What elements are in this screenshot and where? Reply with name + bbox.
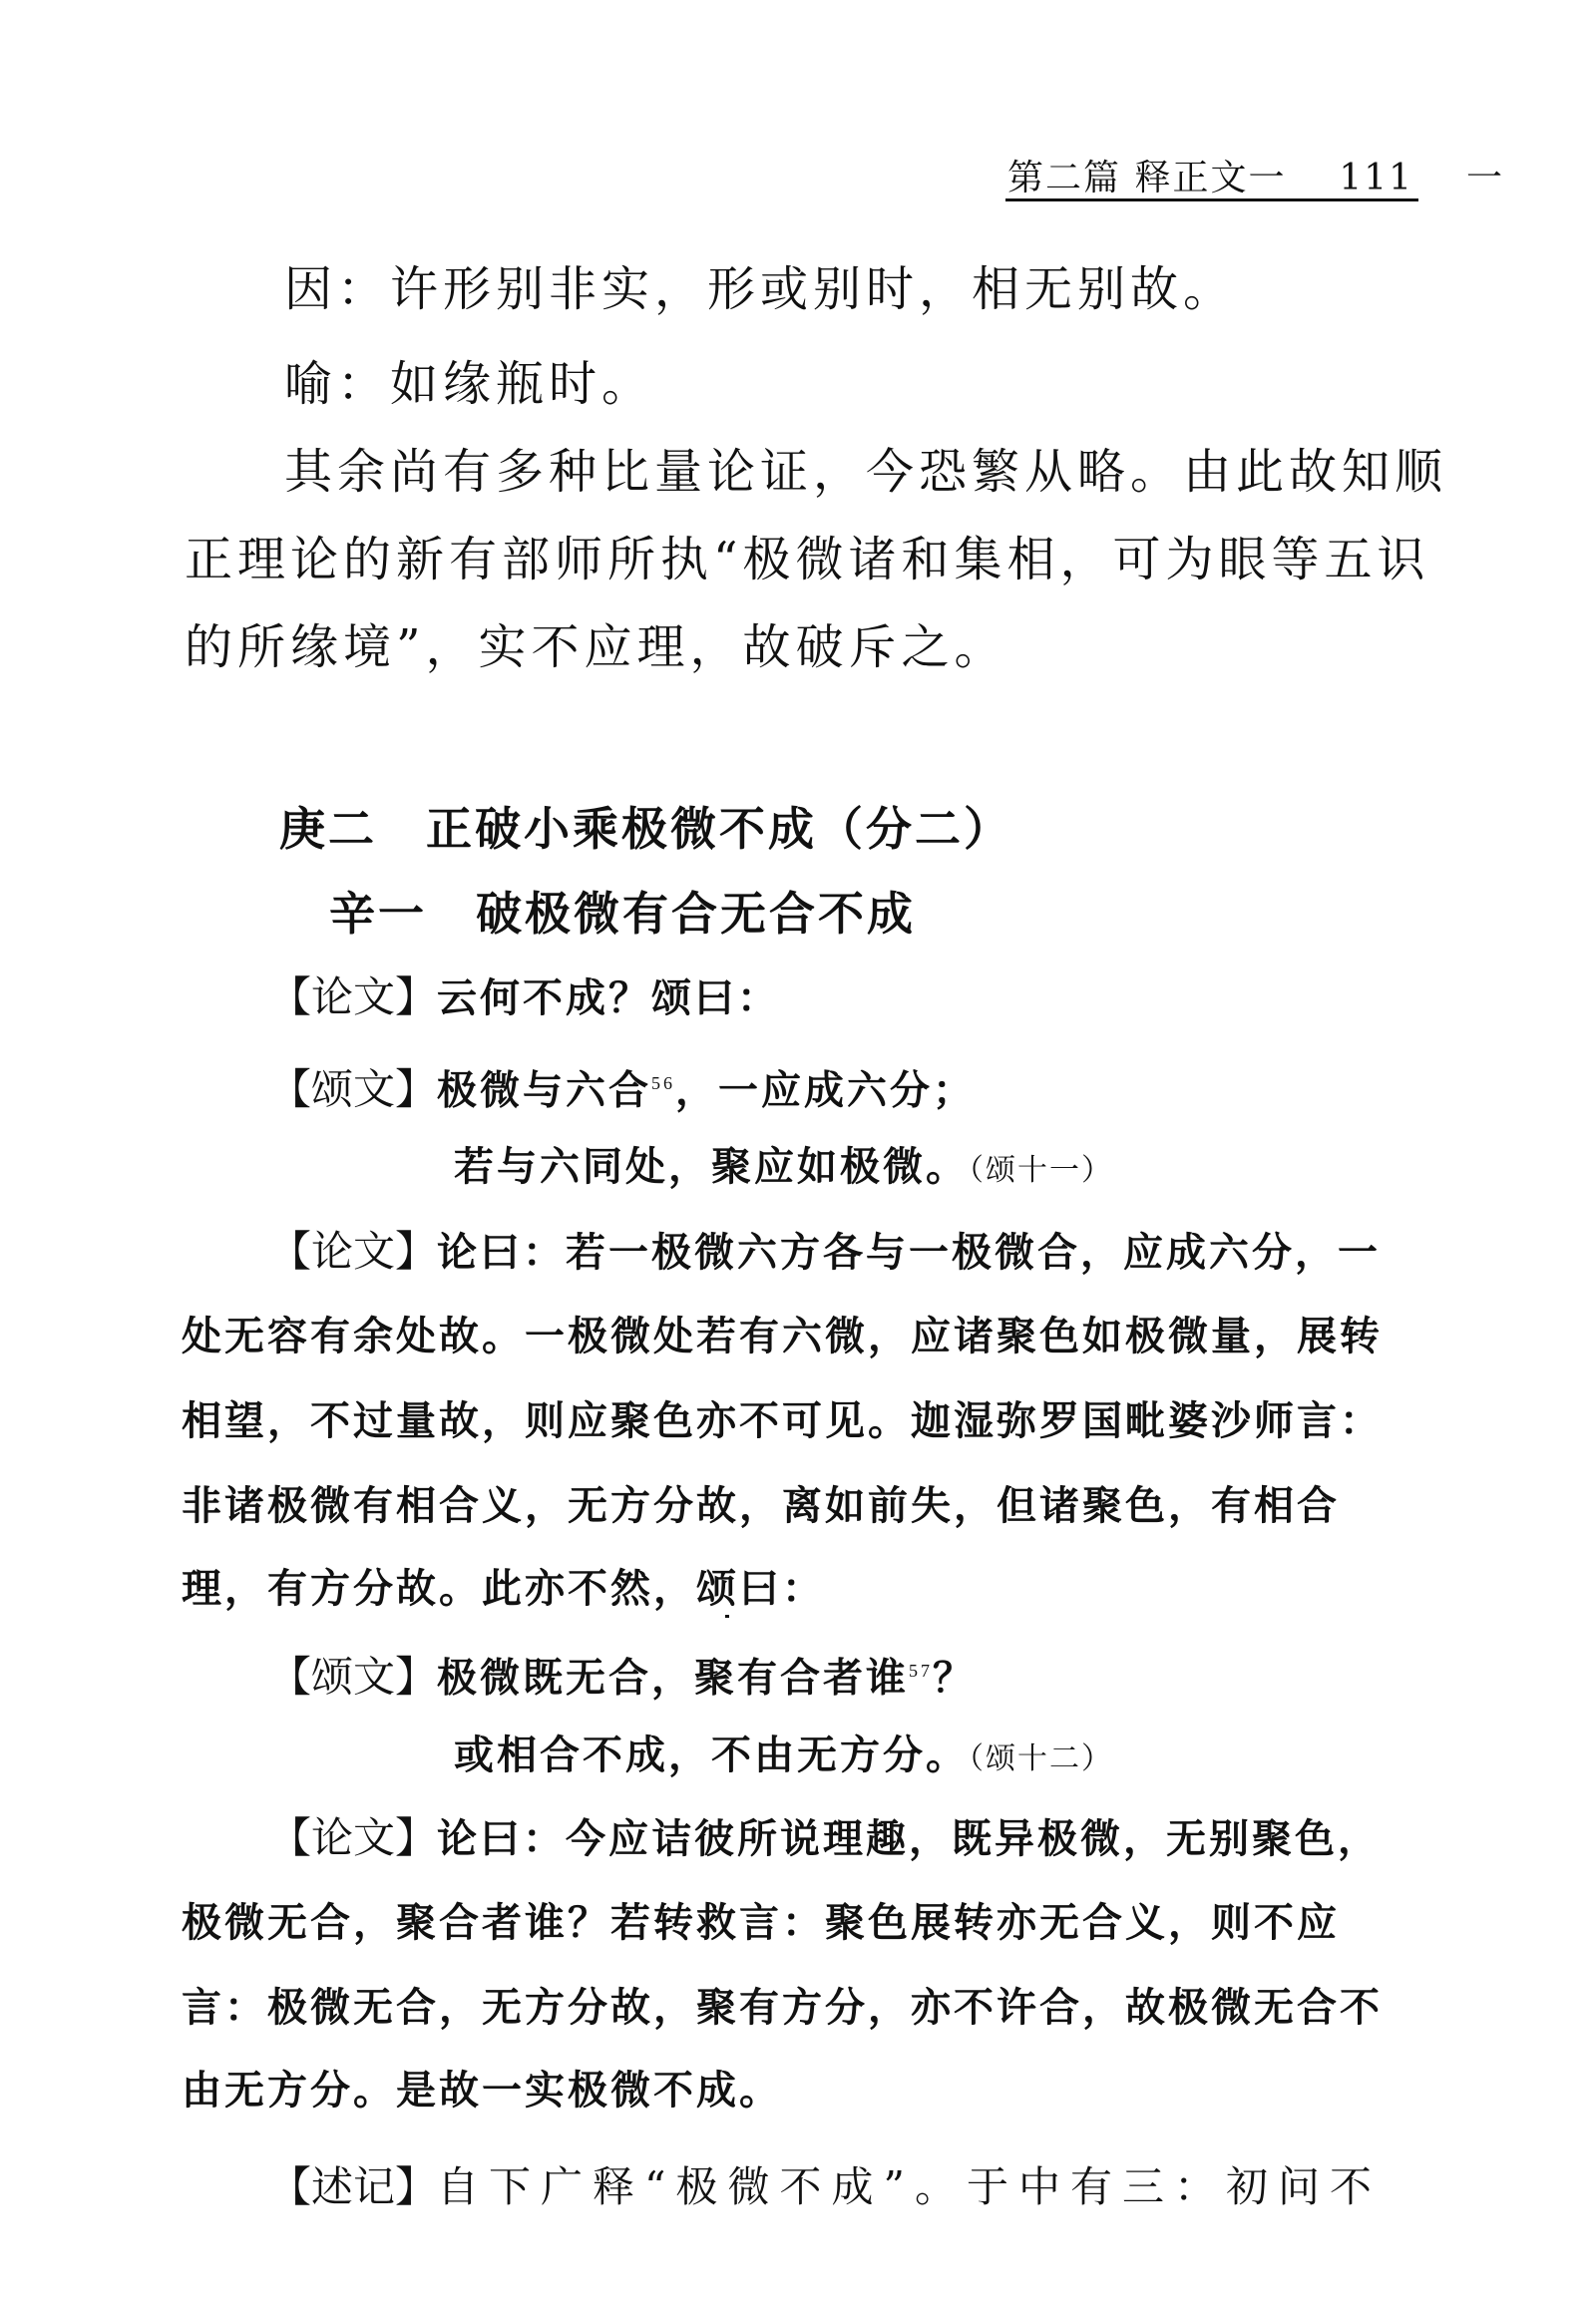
- lunwen-tag: 【论文】: [269, 972, 437, 1021]
- lunwen-line: 相望，不过量故，则应聚色亦不可见。迦湿弥罗国毗婆沙师言：: [182, 1401, 1383, 1441]
- verse-line: 若与六同处，聚应如极微。（颂十一）: [454, 1147, 1113, 1191]
- paragraph-line: 正理论的新有部师所执“极微诸和集相，可为眼等五识: [185, 536, 1430, 583]
- lunwen-block: 【论文】云何不成？颂曰：: [269, 977, 780, 1018]
- lunwen-line: 处无容有余处故。一极微处若有六微，应诸聚色如极微量，展转: [182, 1317, 1383, 1356]
- lunwen-line: 非诸极微有相合义，无方分故，离如前失，但诸聚色，有相合: [182, 1486, 1340, 1526]
- songwen-block: 【颂文】极微既无合，聚有合者谁57？: [269, 1651, 976, 1698]
- lunwen-block: 【论文】论曰：若一极微六方各与一极微合，应成六分，一: [269, 1232, 1381, 1273]
- footnote-marker: 57: [909, 1661, 933, 1681]
- verse-label: （颂十二）: [969, 1741, 1113, 1776]
- lunwen-line: 言：极微无合，无方分故，聚有方分，亦不许合，故极微无合不: [182, 1988, 1383, 2028]
- speck-mark: [725, 1615, 729, 1618]
- header-dash: 一: [1466, 158, 1504, 198]
- songwen-tag: 【颂文】: [269, 1652, 437, 1701]
- example-line: 喻：如缘瓶时。: [284, 360, 654, 408]
- lunwen-tag: 【论文】: [269, 1813, 437, 1862]
- lunwen-text: 论曰：今应诘彼所说理趣，既异极微，无别聚色，: [437, 1816, 1381, 1861]
- verse-text: 若与六同处，聚应如极微。: [454, 1144, 969, 1189]
- verse-text: ？: [933, 1655, 976, 1700]
- songwen-tag: 【颂文】: [269, 1064, 437, 1113]
- lunwen-line: 理，有方分故。此亦不然，颂曰：: [182, 1569, 825, 1609]
- running-title: 第二篇 释正文一: [1007, 158, 1286, 198]
- verse-line: 或相合不成，不由无方分。（颂十二）: [454, 1735, 1113, 1779]
- page-number: 111: [1339, 158, 1413, 198]
- reason-line: 因：许形别非实，形或别时，相无别故。: [284, 265, 1236, 313]
- verse-text: 或相合不成，不由无方分。: [454, 1733, 969, 1777]
- shuji-tag: 【述记】: [269, 2162, 437, 2211]
- lunwen-tag: 【论文】: [269, 1227, 437, 1276]
- section-heading: 庚二 正破小乘极微不成（分二）: [279, 793, 1012, 859]
- running-header: 第二篇 释正文一 111 一: [1007, 150, 1504, 200]
- verse-label: （颂十一）: [969, 1153, 1113, 1188]
- lunwen-line: 极微无合，聚合者谁？若转救言：聚色展转亦无合义，则不应: [182, 1903, 1340, 1943]
- lunwen-text: 论曰：若一极微六方各与一极微合，应成六分，一: [437, 1230, 1381, 1275]
- verse-text: ，一应成六分；: [675, 1067, 976, 1112]
- shuji-block: 【述记】自下广释“极微不成”。于中有三：初问不: [269, 2154, 1382, 2214]
- paragraph-line: 其余尚有多种比量论证，今恐繁从略。由此故知顺: [284, 448, 1447, 496]
- shuji-text: 自下广释“极微不成”。于中有三：初问不: [437, 2162, 1382, 2211]
- lunwen-line: 由无方分。是故一实极微不成。: [182, 2071, 782, 2111]
- paragraph-line: 的所缘境”，实不应理，故破斥之。: [185, 623, 1007, 671]
- verse-text: 极微既无合，聚有合者谁: [437, 1655, 909, 1700]
- lunwen-text: 云何不成？颂曰：: [437, 975, 780, 1020]
- songwen-block: 【颂文】极微与六合56，一应成六分；: [269, 1063, 976, 1110]
- header-rule: [1005, 198, 1418, 201]
- verse-text: 极微与六合: [437, 1067, 651, 1112]
- footnote-marker: 56: [651, 1073, 675, 1093]
- subsection-heading: 辛一 破极微有合无合不成: [329, 878, 916, 944]
- lunwen-block: 【论文】论曰：今应诘彼所说理趣，既异极微，无别聚色，: [269, 1818, 1381, 1859]
